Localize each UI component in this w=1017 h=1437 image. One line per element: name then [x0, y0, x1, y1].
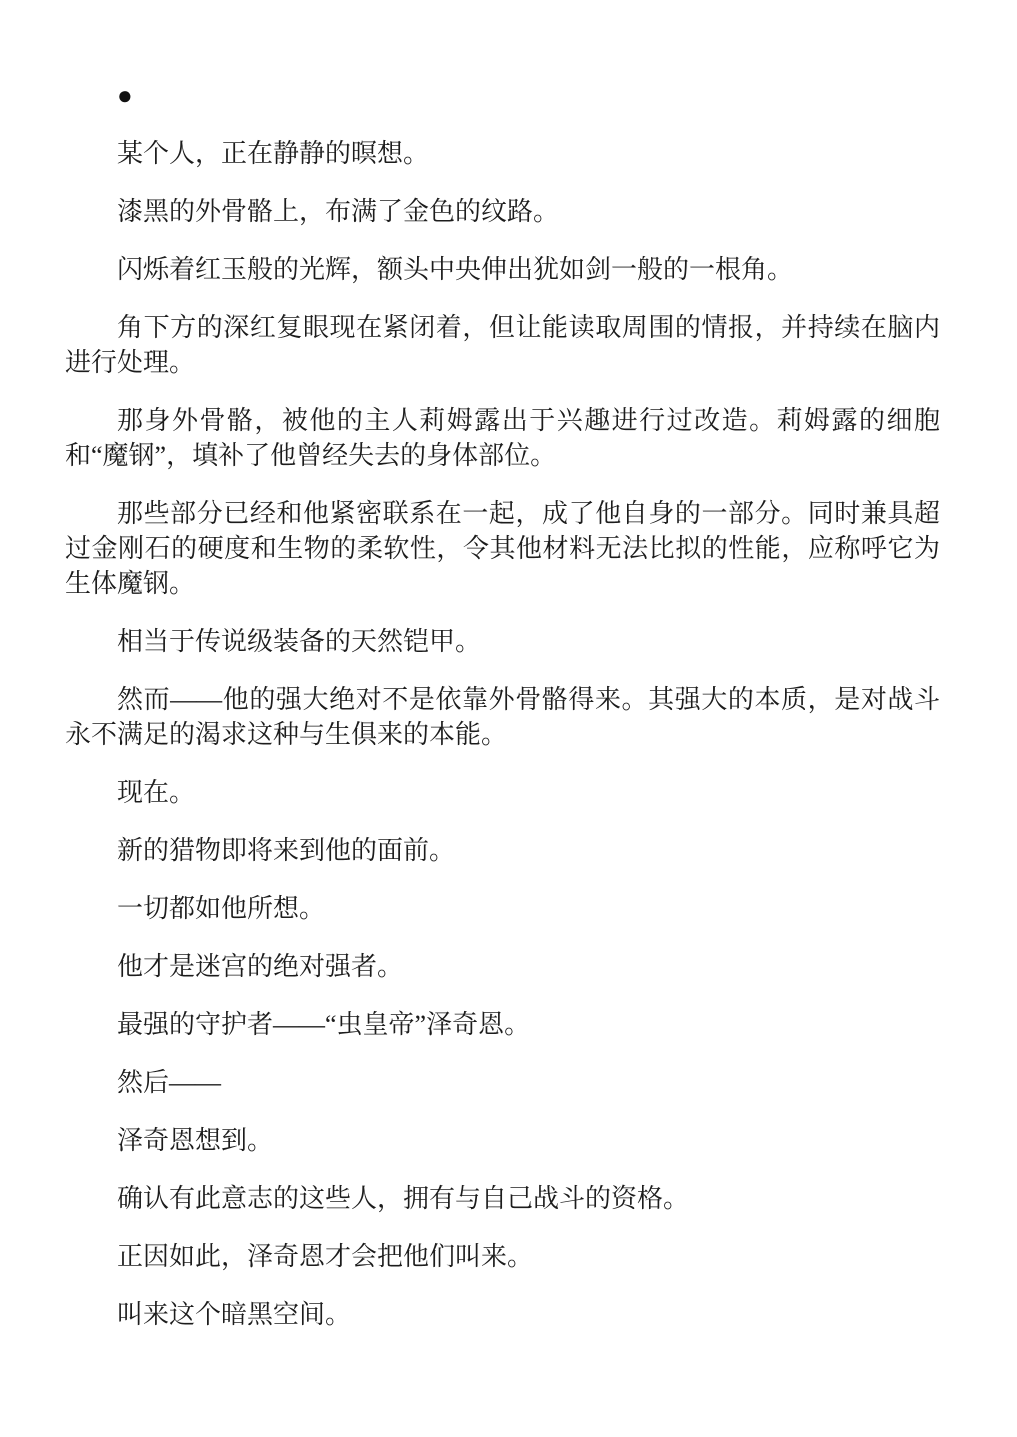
- paragraph: 某个人，正在静静的暝想。: [65, 136, 940, 171]
- paragraph: 正因如此，泽奇恩才会把他们叫来。: [65, 1239, 940, 1274]
- section-bullet: ●: [65, 78, 940, 113]
- paragraph: 他才是迷宫的绝对强者。: [65, 949, 940, 984]
- paragraph: 一切都如他所想。: [65, 891, 940, 926]
- body-text: 某个人，正在静静的暝想。漆黑的外骨骼上，布满了金色的纹路。闪烁着红玉般的光辉，额…: [65, 136, 940, 1332]
- paragraph: 角下方的深红复眼现在紧闭着，但让能读取周围的情报，并持续在脑内进行处理。: [65, 310, 940, 380]
- document-page: ● 某个人，正在静静的暝想。漆黑的外骨骼上，布满了金色的纹路。闪烁着红玉般的光辉…: [0, 0, 1017, 1437]
- paragraph: 最强的守护者——“虫皇帝”泽奇恩。: [65, 1007, 940, 1042]
- paragraph: 泽奇恩想到。: [65, 1123, 940, 1158]
- paragraph: 闪烁着红玉般的光辉，额头中央伸出犹如剑一般的一根角。: [65, 252, 940, 287]
- paragraph: 确认有此意志的这些人，拥有与自己战斗的资格。: [65, 1181, 940, 1216]
- paragraph: 相当于传说级装备的天然铠甲。: [65, 624, 940, 659]
- paragraph: 漆黑的外骨骼上，布满了金色的纹路。: [65, 194, 940, 229]
- paragraph: 然后——: [65, 1065, 940, 1100]
- paragraph: 叫来这个暗黑空间。: [65, 1297, 940, 1332]
- paragraph: 那些部分已经和他紧密联系在一起，成了他自身的一部分。同时兼具超过金刚石的硬度和生…: [65, 496, 940, 601]
- paragraph: 新的猎物即将来到他的面前。: [65, 833, 940, 868]
- paragraph: 现在。: [65, 775, 940, 810]
- paragraph: 然而——他的强大绝对不是依靠外骨骼得来。其强大的本质，是对战斗永不满足的渴求这种…: [65, 682, 940, 752]
- paragraph: 那身外骨骼，被他的主人莉姆露出于兴趣进行过改造。莉姆露的细胞和“魔钢”，填补了他…: [65, 403, 940, 473]
